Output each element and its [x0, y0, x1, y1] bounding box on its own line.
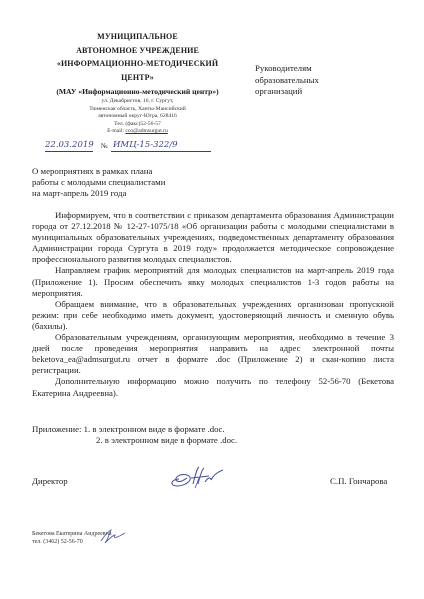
letterhead-line: АВТОНОМНОЕ УЧРЕЖДЕНИЕ [40, 44, 235, 58]
registration-date: 22.03.2019 [45, 140, 93, 152]
recipient-line: образовательных [255, 75, 319, 87]
address-line: Тел. (факс)52-56-57 [40, 121, 235, 129]
signatory-name: С.П. Гончарова [330, 476, 387, 486]
registration-number: ИМЦ-15-322/9 [111, 140, 211, 152]
letterhead-line: МУНИЦИПАЛЬНОЕ [40, 30, 235, 44]
recipient-block: Руководителям образовательных организаци… [255, 63, 319, 98]
letterhead-short-name: (МАУ «Информационно-методический центр») [40, 86, 235, 98]
address-line: ул. Декабристов, 16, г. Сургут, [40, 98, 235, 106]
recipient-line: организаций [255, 86, 319, 98]
body-paragraph: Дополнительную информацию можно получить… [32, 376, 394, 398]
letterhead-line: ЦЕНТР» [40, 71, 235, 85]
registration-line: 22.03.2019 № ИМЦ-15-322/9 [45, 140, 215, 154]
letter-body: Информируем, что в соответствии с приказ… [32, 210, 394, 399]
subject-line: на март-апрель 2019 года [32, 188, 165, 199]
letterhead: МУНИЦИПАЛЬНОЕ АВТОНОМНОЕ УЧРЕЖДЕНИЕ «ИНФ… [40, 30, 235, 136]
letterhead-line: «ИНФОРМАЦИОННО-МЕТОДИЧЕСКИЙ [40, 57, 235, 71]
body-paragraph: Информируем, что в соответствии с приказ… [32, 210, 394, 265]
number-sign: № [101, 142, 108, 150]
subject-line: О мероприятиях в рамках плана [32, 166, 165, 177]
body-paragraph: Образовательным учреждениям, организующи… [32, 332, 394, 376]
signatory-title: Директор [32, 476, 68, 486]
email-line: E-mail: cco@admsurgut.ru [40, 128, 235, 136]
signature-icon [165, 462, 225, 492]
email-label: E-mail: [107, 128, 125, 134]
address-line: автономный округ-Югра, 628416 [40, 113, 235, 121]
recipient-line: Руководителям [255, 63, 319, 75]
body-paragraph: Обращаем внимание, что в образовательных… [32, 299, 394, 332]
appendix-label: Приложение: [32, 424, 84, 434]
appendix-item: 1. в электронном виде в формате .doc. [84, 424, 225, 434]
appendix-item: 2. в электронном виде в формате .doc. [96, 435, 237, 445]
subject-block: О мероприятиях в рамках плана работы с м… [32, 166, 165, 200]
email-link[interactable]: cco@admsurgut.ru [125, 128, 168, 134]
subject-line: работы с молодыми специалистами [32, 177, 165, 188]
initials-signature-icon [97, 527, 129, 545]
body-paragraph: Направляем график мероприятий для молоды… [32, 265, 394, 298]
appendix-block: Приложение: 1. в электронном виде в форм… [32, 424, 237, 446]
